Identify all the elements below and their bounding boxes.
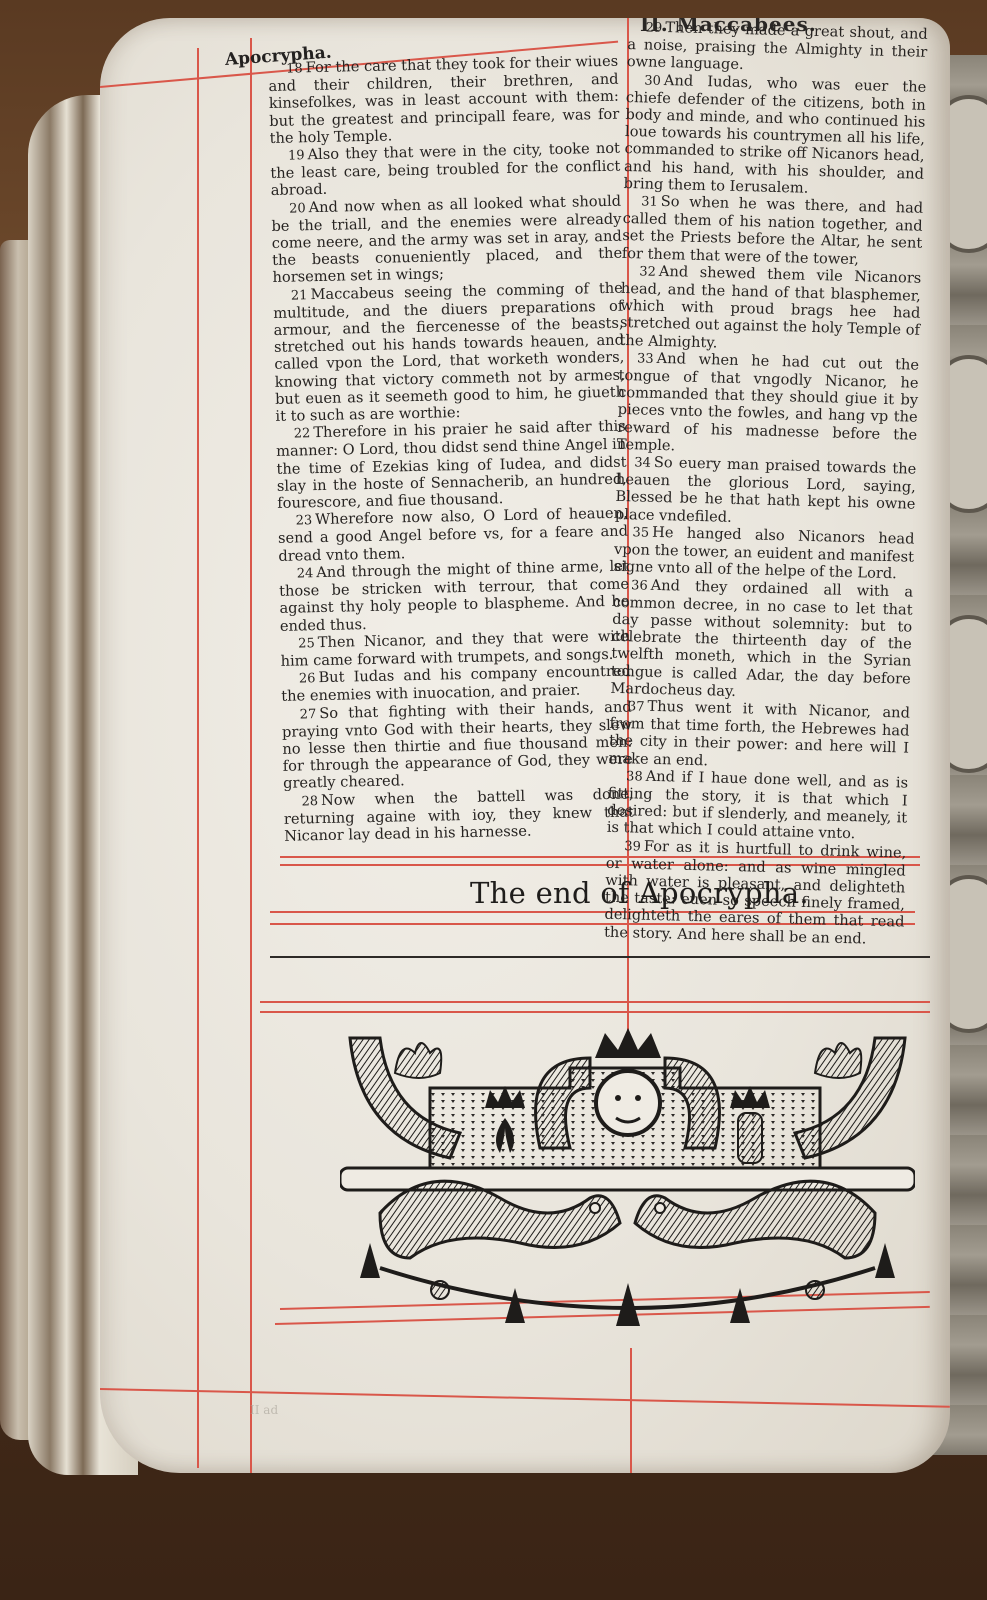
verse-number: 24 [297, 566, 314, 581]
verse: 21Maccabeus seeing the comming of the mu… [273, 279, 626, 425]
verse: 37Thus went it with Nicanor, and from th… [608, 697, 910, 775]
verse-text: So that fighting with their hands, and p… [282, 698, 633, 792]
verse-number: 22 [294, 426, 311, 441]
verse-text: And if I haue done well, and as is fitti… [607, 767, 909, 842]
verse-number: 36 [631, 578, 648, 593]
verse: 29Then they made a great shout, and a no… [627, 18, 928, 78]
verse-number: 39 [624, 839, 641, 854]
verse-number: 35 [632, 525, 649, 540]
black-rule-separator [270, 956, 930, 958]
verse-text: And through the might of thine arme, let… [279, 557, 630, 634]
show-through-text: II ad [250, 1403, 278, 1417]
verse-number: 28 [301, 794, 318, 809]
verse: 30And Iudas, who was euer the chiefe def… [623, 71, 926, 200]
text-column-left: 18For the care that they took for their … [268, 53, 634, 845]
verse-number: 32 [639, 264, 656, 279]
verse-text: Now when the battell was done, returning… [284, 785, 634, 845]
verse-number: 27 [300, 707, 317, 722]
verse-text: He hanged also Nicanors head vpon the to… [613, 524, 914, 583]
verse: 27So that fighting with their hands, and… [282, 698, 634, 792]
verse-number: 23 [296, 513, 313, 528]
verse-text: And now when as all looked what should b… [271, 192, 622, 286]
verse-text: And they ordained all with a common decr… [610, 576, 913, 699]
verse-number: 18 [286, 61, 303, 76]
verse: 18For the care that they took for their … [268, 53, 620, 147]
verse: 38And if I haue done well, and as is fit… [607, 766, 909, 844]
verse: 23Wherefore now also, O Lord of heauen, … [277, 505, 628, 565]
verse: 20And now when as all looked what should… [271, 192, 623, 286]
text-column-right: 29Then they made a great shout, and a no… [604, 18, 928, 948]
verse-text: And shewed them vile Nicanors head, and … [619, 263, 921, 351]
verse-text: Maccabeus seeing the comming of the mult… [273, 279, 625, 425]
verse-text: Therefore in his praier he said after th… [276, 418, 627, 512]
verse-number: 29 [646, 20, 663, 35]
verse-number: 25 [298, 636, 315, 651]
verse-text: And when he had cut out the tongue of th… [617, 350, 920, 455]
verse-number: 19 [288, 148, 305, 163]
verse: 19Also they that were in the city, tooke… [270, 140, 621, 200]
red-rule-ornament-top [260, 1001, 930, 1003]
verse-number: 20 [289, 201, 306, 216]
verse-text: So when he was there, and had called the… [622, 193, 924, 268]
verse: 32And shewed them vile Nicanors head, an… [619, 262, 921, 357]
verse-text: For the care that they took for their wi… [268, 53, 619, 147]
verse-number: 26 [299, 671, 316, 686]
verse: 22Therefore in his praier he said after … [276, 418, 628, 512]
red-rule-inner-margin [250, 38, 252, 1473]
verse: 35He hanged also Nicanors head vpon the … [613, 523, 914, 583]
verse-number: 30 [644, 73, 661, 88]
verse-text: So euery man praised towards the heauen … [615, 454, 917, 526]
verse: 34So euery man praised towards the heaue… [615, 453, 917, 531]
verse-text: And Iudas, who was euer the chiefe defen… [623, 72, 926, 197]
verse-text: Thus went it with Nicanor, and from that… [608, 698, 910, 769]
verse: 28Now when the battell was done, returni… [283, 785, 634, 845]
verse: 31So when he was there, and had called t… [622, 192, 924, 270]
verse: 24And through the might of thine arme, l… [279, 557, 630, 634]
red-rule-outer-margin [197, 48, 199, 1468]
red-rule-column-divider-lower [630, 1348, 632, 1473]
end-of-apocrypha-title: The end of Apocrypha. [470, 876, 809, 910]
woodcut-tailpiece-ornament-icon [340, 1028, 915, 1328]
verse-number: 31 [641, 194, 658, 209]
red-rule-ornament-top-2 [260, 1011, 930, 1013]
verse-number: 33 [637, 351, 654, 366]
verse-number: 37 [628, 699, 645, 714]
verse-text: Then they made a great shout, and a nois… [627, 19, 928, 73]
verse-number: 38 [626, 769, 643, 784]
verse-number: 21 [291, 288, 308, 303]
verse: 36And they ordained all with a common de… [610, 575, 913, 704]
verse-text: Wherefore now also, O Lord of heauen, se… [278, 505, 628, 565]
red-rule-footer [100, 1388, 950, 1408]
book-page: Apocrypha. II. Maccabees. 18For the care… [100, 18, 950, 1473]
book-block-left-edge [0, 240, 30, 1440]
verse-text: Also they that were in the city, tooke n… [270, 140, 620, 200]
verse: 33And when he had cut out the tongue of … [617, 349, 920, 461]
verse-number: 34 [634, 455, 651, 470]
